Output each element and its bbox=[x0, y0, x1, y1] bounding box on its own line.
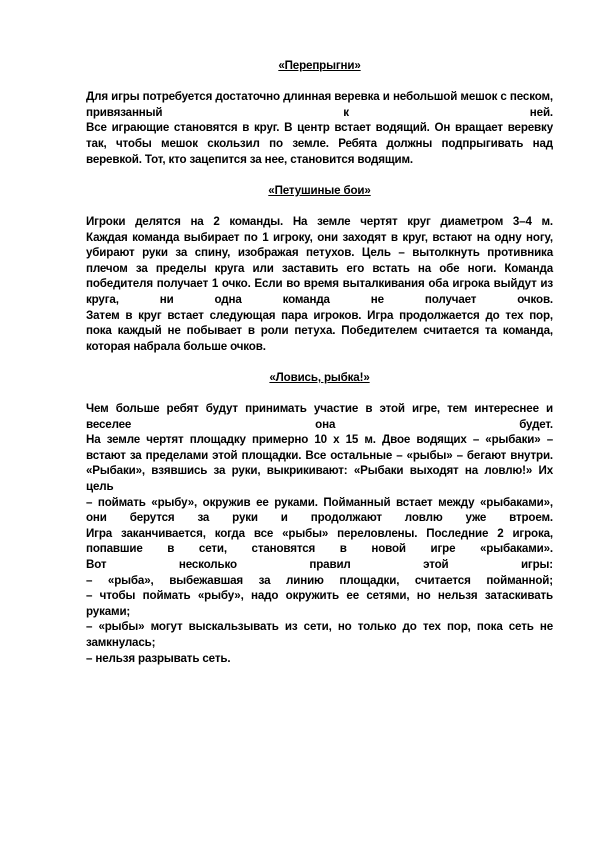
section-title: «Петушиные бои» bbox=[86, 183, 553, 199]
text-line: руками; bbox=[86, 604, 553, 620]
text-line: круга, ни одна команда не получает очков… bbox=[86, 292, 553, 308]
text-line: – чтобы поймать «рыбу», надо окружить ее… bbox=[86, 588, 553, 604]
text-line: убирают руки за спину, изображая петухов… bbox=[86, 245, 553, 261]
text-line: они берутся за руки и продолжают ловлю у… bbox=[86, 510, 553, 526]
text-line: – «рыбы» могут выскальзывать из сети, но… bbox=[86, 619, 553, 635]
text-line: встают за пределами этой площадки. Все о… bbox=[86, 448, 553, 464]
section-title: «Перепрыгни» bbox=[86, 58, 553, 74]
text-line: Затем в круг встает следующая пара игрок… bbox=[86, 308, 553, 324]
text-line: веревкой. Тот, кто зацепится за нее, ста… bbox=[86, 152, 553, 168]
text-line: Каждая команда выбирает по 1 игроку, они… bbox=[86, 230, 553, 246]
text-line: попавшие в сети, становятся в новой игре… bbox=[86, 541, 553, 557]
text-line: – поймать «рыбу», окружив ее руками. Пой… bbox=[86, 495, 553, 511]
section-lovis-rybka: «Ловись, рыбка!» Чем больше ребят будут … bbox=[86, 370, 553, 666]
section-body: Игроки делятся на 2 команды. На земле че… bbox=[86, 214, 553, 354]
text-line: Чем больше ребят будут принимать участие… bbox=[86, 401, 553, 417]
text-line: Вот несколько правил этой игры: bbox=[86, 557, 553, 573]
text-line: плечом за пределы круга или заставить ег… bbox=[86, 261, 553, 277]
text-line: «Рыбаки», взявшись за руки, выкрикивают:… bbox=[86, 463, 553, 494]
text-line: Игра заканчивается, когда все «рыбы» пер… bbox=[86, 526, 553, 542]
text-line: привязанный к ней. bbox=[86, 105, 553, 121]
section-body: Для игры потребуется достаточно длинная … bbox=[86, 89, 553, 167]
text-line: пока каждый не побывает в роли петуха. П… bbox=[86, 323, 553, 339]
text-line: которая набрала больше очков. bbox=[86, 339, 553, 355]
section-pereprygni: «Перепрыгни» Для игры потребуется достат… bbox=[86, 58, 553, 167]
section-petushinye-boi: «Петушиные бои» Игроки делятся на 2 кома… bbox=[86, 183, 553, 355]
text-line: так, чтобы мешок скользил по земле. Ребя… bbox=[86, 136, 553, 152]
text-line: – нельзя разрывать сеть. bbox=[86, 651, 553, 667]
section-body: Чем больше ребят будут принимать участие… bbox=[86, 401, 553, 666]
document-page: «Перепрыгни» Для игры потребуется достат… bbox=[86, 58, 553, 666]
text-line: замкнулась; bbox=[86, 635, 553, 651]
text-line: веселее она будет. bbox=[86, 417, 553, 433]
text-line: Все играющие становятся в круг. В центр … bbox=[86, 120, 553, 136]
section-title: «Ловись, рыбка!» bbox=[86, 370, 553, 386]
text-line: – «рыба», выбежавшая за линию площадки, … bbox=[86, 573, 553, 589]
text-line: Для игры потребуется достаточно длинная … bbox=[86, 89, 553, 105]
text-line: Игроки делятся на 2 команды. На земле че… bbox=[86, 214, 553, 230]
text-line: На земле чертят площадку примерно 10 х 1… bbox=[86, 432, 553, 448]
text-line: победителя получает 1 очко. Если во врем… bbox=[86, 276, 553, 292]
